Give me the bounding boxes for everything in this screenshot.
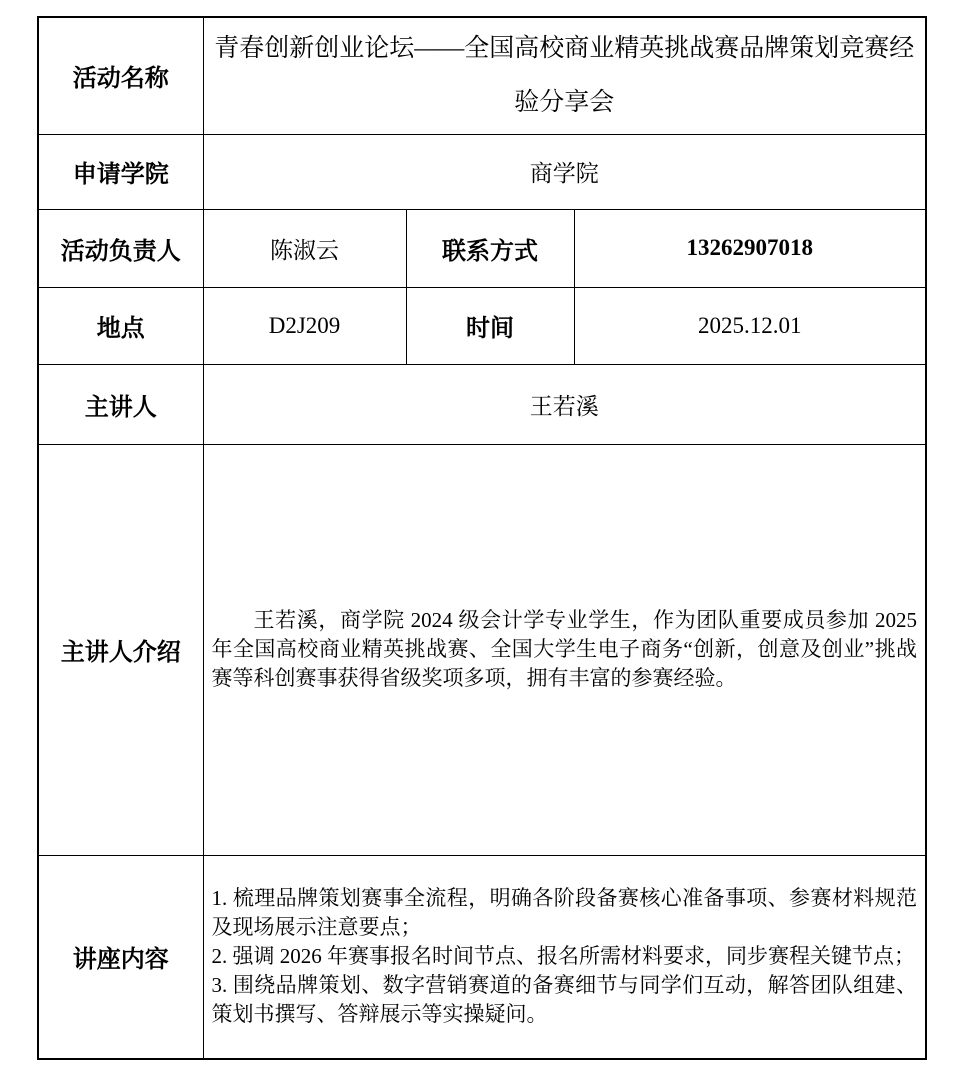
contact-value: 13262907018 — [574, 209, 926, 287]
lecture-content-value: 1. 梳理品牌策划赛事全流程，明确各阶段备赛核心准备事项、参赛材料规范及现场展示… — [203, 855, 926, 1059]
contact-label: 联系方式 — [406, 209, 574, 287]
activity-name-value: 青春创新创业论坛——全国高校商业精英挑战赛品牌策划竞赛经验分享会 — [203, 17, 926, 134]
speaker-intro-paragraph: 王若溪，商学院 2024 级会计学专业学生，作为团队重要成员参加 2025 年全… — [212, 606, 918, 693]
college-label: 申请学院 — [38, 134, 203, 209]
location-label: 地点 — [38, 287, 203, 364]
time-label: 时间 — [406, 287, 574, 364]
leader-label: 活动负责人 — [38, 209, 203, 287]
speaker-intro-value: 王若溪，商学院 2024 级会计学专业学生，作为团队重要成员参加 2025 年全… — [203, 444, 926, 855]
lecture-content-item-3: 3. 围绕品牌策划、数字营销赛道的备赛细节与同学们互动，解答团队组建、策划书撰写… — [212, 971, 918, 1029]
leader-value: 陈淑云 — [203, 209, 406, 287]
lecture-content-label: 讲座内容 — [38, 855, 203, 1059]
lecture-content-item-1: 1. 梳理品牌策划赛事全流程，明确各阶段备赛核心准备事项、参赛材料规范及现场展示… — [212, 884, 918, 942]
lecture-content-item-2: 2. 强调 2026 年赛事报名时间节点、报名所需材料要求，同步赛程关键节点； — [212, 942, 918, 971]
row-speaker: 主讲人 王若溪 — [38, 364, 926, 444]
row-speaker-intro: 主讲人介绍 王若溪，商学院 2024 级会计学专业学生，作为团队重要成员参加 2… — [38, 444, 926, 855]
speaker-value: 王若溪 — [203, 364, 926, 444]
location-value: D2J209 — [203, 287, 406, 364]
document-page: 活动名称 青春创新创业论坛——全国高校商业精英挑战赛品牌策划竞赛经验分享会 申请… — [0, 0, 954, 1087]
row-activity-name: 活动名称 青春创新创业论坛——全国高校商业精英挑战赛品牌策划竞赛经验分享会 — [38, 17, 926, 134]
time-value: 2025.12.01 — [574, 287, 926, 364]
row-college: 申请学院 商学院 — [38, 134, 926, 209]
activity-application-form: 活动名称 青春创新创业论坛——全国高校商业精英挑战赛品牌策划竞赛经验分享会 申请… — [37, 16, 927, 1060]
row-location-time: 地点 D2J209 时间 2025.12.01 — [38, 287, 926, 364]
row-lecture-content: 讲座内容 1. 梳理品牌策划赛事全流程，明确各阶段备赛核心准备事项、参赛材料规范… — [38, 855, 926, 1059]
speaker-label: 主讲人 — [38, 364, 203, 444]
college-value: 商学院 — [203, 134, 926, 209]
row-leader: 活动负责人 陈淑云 联系方式 13262907018 — [38, 209, 926, 287]
speaker-intro-label: 主讲人介绍 — [38, 444, 203, 855]
activity-name-label: 活动名称 — [38, 17, 203, 134]
